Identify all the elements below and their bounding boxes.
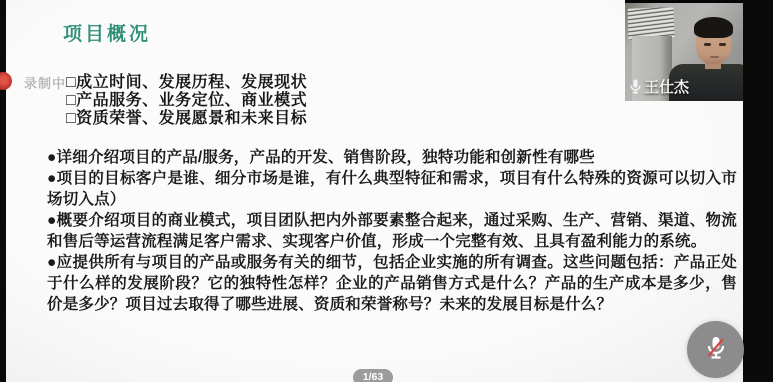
bullet-item: ●概要介绍项目的商业模式，项目团队把内外部要素整合起来，通过采购、生产、营销、渠… bbox=[47, 210, 737, 252]
participant-mouth bbox=[710, 56, 719, 58]
recording-label: 录制中 bbox=[24, 73, 66, 92]
slide-title: 项目概况 bbox=[63, 19, 151, 46]
participant-hair bbox=[694, 17, 733, 38]
left-black-bar bbox=[0, 0, 6, 382]
checklist-item: □成立时间、发展历程、发展现状 bbox=[66, 74, 307, 92]
bullet-item: ●详细介绍项目的产品/服务，产品的开发、销售阶段，独特功能和创新性有哪些 bbox=[47, 147, 737, 168]
participant-eye bbox=[719, 43, 726, 46]
participant-eye bbox=[704, 43, 711, 46]
screen: 项目概况 □成立时间、发展历程、发展现状 □产品服务、业务定位、商业模式 □资质… bbox=[0, 0, 773, 382]
paper-stack bbox=[627, 7, 674, 40]
mic-muted-icon bbox=[701, 333, 731, 366]
participant-video: 王仕杰 bbox=[625, 3, 743, 101]
participant-video-tile[interactable]: 王仕杰 bbox=[625, 0, 743, 101]
mic-muted-button[interactable] bbox=[687, 321, 744, 378]
bullet-item: ●应提供所有与项目的产品或服务有关的细节，包括企业实施的所有调查。这些问题包括：… bbox=[47, 252, 737, 315]
slide-checklist: □成立时间、发展历程、发展现状 □产品服务、业务定位、商业模式 □资质荣誉、发展… bbox=[66, 74, 307, 128]
participant-name: 王仕杰 bbox=[644, 76, 689, 97]
checklist-item: □产品服务、业务定位、商业模式 bbox=[66, 92, 307, 110]
mic-icon bbox=[630, 79, 641, 94]
checklist-item: □资质荣誉、发展愿景和未来目标 bbox=[66, 110, 307, 128]
right-black-bar bbox=[743, 0, 773, 382]
bullet-item: ●项目的目标客户是谁、细分市场是谁，有什么典型特征和需求，项目有什么特殊的资源可… bbox=[47, 168, 737, 210]
participant-name-tag: 王仕杰 bbox=[630, 76, 689, 97]
page-indicator: 1/63 bbox=[353, 369, 393, 382]
slide-bullet-list: ●详细介绍项目的产品/服务，产品的开发、销售阶段，独特功能和创新性有哪些 ●项目… bbox=[47, 147, 737, 315]
